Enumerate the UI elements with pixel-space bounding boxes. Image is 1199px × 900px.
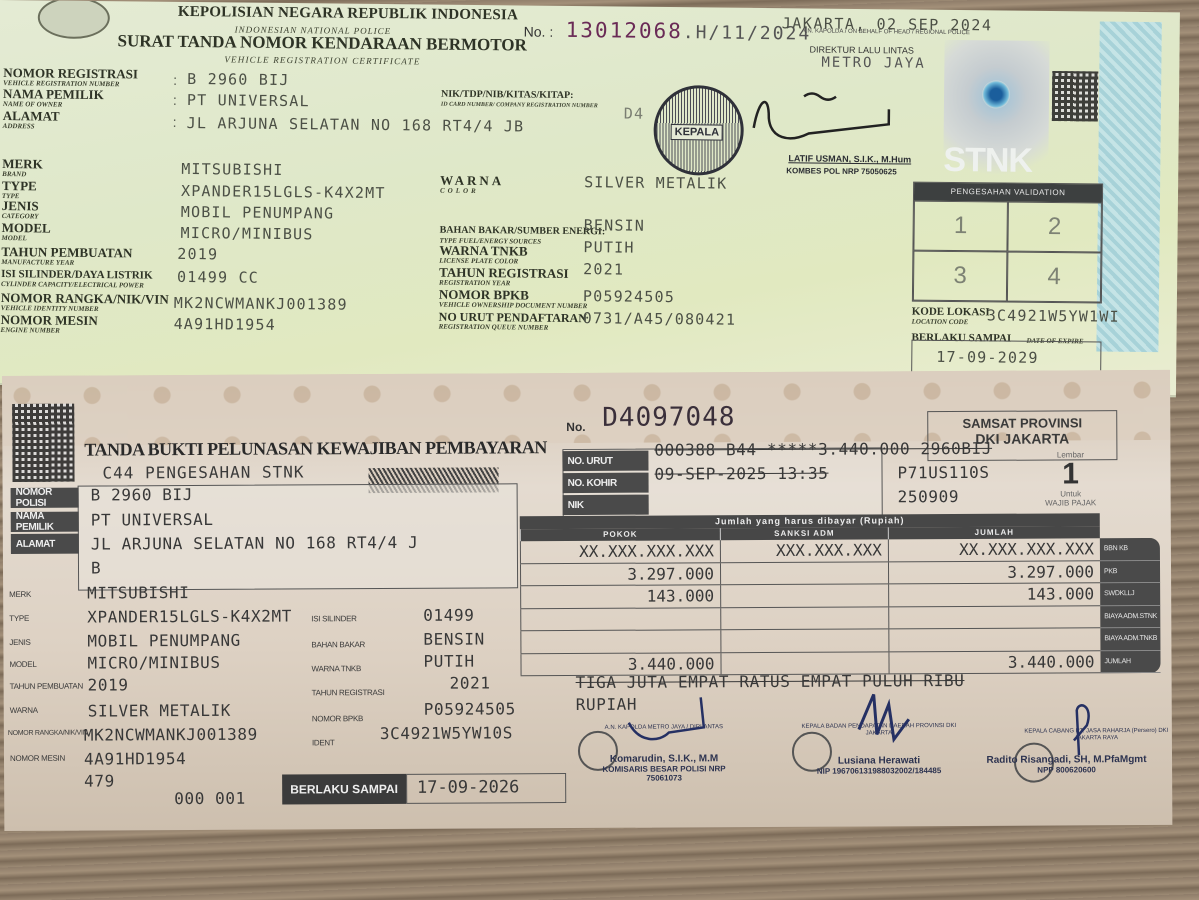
samsat-line1: SAMSAT PROVINSI: [928, 415, 1116, 431]
location-code-label: KODE LOKASILOCATION CODE: [912, 306, 990, 327]
copy-badge: Lembar 1 Untuk WAJIB PAJAK: [1035, 450, 1105, 520]
field-label: WARNACOLOR: [440, 175, 504, 196]
receipt-subtitle: C44 PENGESAHAN STNK: [102, 462, 304, 482]
brand-value: MITSUBISHI: [87, 583, 189, 603]
field-label: TAHUN REGISTRASIREGISTRATION YEAR: [439, 267, 569, 288]
validation-grid: PENGESAHAN VALIDATION 1 2 3 4: [912, 182, 1103, 304]
on-behalf-caption: A.N. KAPOLDA / ON BEHALF OF HEAD / REGIO…: [802, 28, 970, 37]
receipt-expiry: BERLAKU SAMPAI 17-09-2026: [282, 773, 566, 804]
payment-cell-sanksi: XXX.XXX.XXX: [720, 539, 888, 561]
vin-value: MK2NCWMANKJ001389: [84, 725, 258, 745]
address-value: JL ARJUNA SELATAN NO 168 RT4/4 J: [91, 533, 419, 554]
payment-cell-sanksi: [720, 562, 888, 584]
field-label: MERKBRAND: [2, 158, 43, 178]
vin-value: MK2NCWMANKJ001389: [174, 294, 348, 314]
brand-value: MITSUBISHI: [181, 160, 283, 179]
payment-row: 3.297.0003.297.000: [520, 561, 1100, 587]
registration-year-value: 2021: [450, 673, 491, 692]
signature-icon: [1059, 700, 1099, 760]
receipt-number: D4097048: [602, 402, 735, 433]
nik-value: D4: [624, 105, 645, 123]
signatory-id: NIP 196706131988032002/184485: [794, 766, 964, 776]
owner-name-value: PT UNIVERSAL: [91, 510, 214, 530]
payment-row-label: BIAYA ADM.STNK: [1100, 605, 1160, 628]
signature-icon: [748, 88, 894, 150]
nik-label: NIK/TDP/NIB/KITAS/KITAP:ID CARD NUMBER/ …: [441, 89, 598, 111]
payment-row-label: JUMLAH: [1100, 650, 1160, 673]
engine-number-value: 4A91HD1954: [84, 749, 186, 769]
hologram-eye-icon: [982, 80, 1010, 108]
type-value: XPANDER15LGLS-K4X2MT: [87, 606, 292, 626]
registration-number-value: B 2960 BIJ: [187, 70, 289, 89]
field-label: JENIS: [9, 638, 30, 647]
field-label: TAHUN REGISTRASI: [312, 688, 385, 697]
payment-row: [520, 628, 1100, 654]
stamp-text: KEPALA: [671, 124, 724, 141]
payment-row-label: BBN KB: [1100, 538, 1160, 561]
region-name: METRO JAYA: [821, 55, 925, 72]
validation-cell: 2: [1007, 202, 1102, 253]
cylinder-value: 01499 CC: [177, 268, 259, 287]
plate-color-value: PUTIH: [423, 652, 474, 671]
queue-number-value: 000388 B44 *****3.440.000 2960BIJ: [654, 439, 992, 460]
bpkb-number-value: P05924505: [424, 699, 516, 718]
field-label: ISI SILINDER/DAYA LISTRIKCYLINDER CAPACI…: [1, 268, 153, 290]
tax-payment-receipt: TANDA BUKTI PELUNASAN KEWAJIBAN PEMBAYAR…: [2, 370, 1172, 831]
owner-name-label: NAMA PEMILIK: [11, 512, 79, 532]
color-value: SILVER METALIK: [584, 173, 727, 192]
document-title: SURAT TANDA NOMOR KENDARAAN BERMOTOR: [117, 31, 526, 55]
queue-number-value: 0731/A45/080421: [583, 309, 737, 329]
payment-cell-pokok: [520, 630, 720, 653]
signatory-name: Lusiana Herawati: [794, 755, 964, 767]
kohir-number-value: 09-SEP-2025 13:35: [654, 464, 828, 484]
extra-code: P71US110S: [897, 463, 989, 482]
field-label: NOMOR RANGKA/NIK/VIN: [8, 730, 88, 737]
registration-year-value: 2021: [583, 260, 624, 278]
field-label: WARNA: [10, 706, 38, 715]
document-number: 13012068.H/11/2024: [566, 18, 812, 45]
address-value: JL ARJUNA SELATAN NO 168 RT4/4 JB: [187, 114, 525, 136]
payment-row-label: SWDKLLJ: [1100, 583, 1160, 606]
payment-row: 143.000143.000: [520, 583, 1100, 609]
field-label: WARNA TNKBLICENSE PLATE COLOR: [439, 245, 527, 266]
model-value: MICRO/MINIBUS: [87, 653, 220, 673]
nik-label: NIK: [563, 495, 649, 515]
field-label: BAHAN BAKAR: [311, 640, 365, 649]
fuel-value: BENSIN: [584, 216, 646, 235]
qr-code-icon: [1052, 71, 1099, 121]
field-label: MODELMODEL: [1, 222, 50, 243]
field-label: WARNA TNKB: [312, 664, 362, 673]
bpkb-number-value: P05924505: [583, 287, 675, 306]
signer-nrp: KOMBES POL NRP 75050625: [786, 166, 897, 176]
payment-cell-pokok: [520, 608, 720, 631]
plate-color-value: PUTIH: [583, 238, 634, 257]
institution-name: KEPOLISIAN NEGARA REPUBLIK INDONESIA: [178, 4, 518, 25]
plate-number-label: NOMOR POLISI: [11, 488, 79, 508]
payment-cell-sanksi: [720, 584, 888, 606]
payment-row: [520, 606, 1100, 632]
engine-number-value: 4A91HD1954: [174, 315, 276, 334]
queue-number-label: NO. URUT: [562, 451, 648, 471]
field-label: TAHUN PEMBUATANMANUFACTURE YEAR: [1, 246, 132, 267]
field-label: TYPE: [9, 614, 29, 623]
expiry-date-value: 17-09-2029: [936, 348, 1038, 367]
address-value-line2: B: [91, 558, 101, 577]
column-header: JUMLAH: [888, 526, 1100, 539]
plate-number-value: B 2960 BIJ: [91, 485, 193, 505]
signatory-id: NPP 800620600: [964, 765, 1169, 775]
hologram-seal-icon: STNK: [943, 40, 1049, 181]
payment-cell-jumlah: XX.XXX.XXX.XXX: [888, 538, 1100, 561]
validation-cell: 4: [1007, 252, 1102, 303]
manufacture-year-value: 2019: [88, 675, 129, 694]
payment-cell-sanksi: [720, 629, 888, 651]
payment-cell-jumlah: [888, 628, 1100, 651]
column-header: SANKSI ADM: [720, 527, 888, 540]
manufacture-year-value: 2019: [177, 245, 218, 263]
receipt-expiry-value: 17-09-2026: [406, 773, 566, 804]
signature-icon: [849, 689, 919, 749]
field-label: NOMOR BPKBVEHICLE OWNERSHIP DOCUMENT NUM…: [439, 289, 588, 311]
validation-cell: 1: [913, 201, 1008, 252]
field-label: IDENT: [312, 738, 335, 747]
signature-icon: [619, 692, 709, 752]
document-title-en: VEHICLE REGISTRATION CERTIFICATE: [224, 54, 420, 66]
cylinder-value: 01499: [423, 606, 474, 625]
footer-code: 000 001: [174, 789, 246, 808]
field-label: MERK: [9, 590, 31, 599]
payment-cell-jumlah: 3.297.000: [888, 561, 1100, 584]
field-label: NOMOR MESINENGINE NUMBER: [1, 314, 98, 335]
payment-row: XX.XXX.XXX.XXXXXX.XXX.XXXXX.XXX.XXX.XXX: [520, 538, 1100, 564]
type-value: XPANDER15LGLS-K4X2MT: [181, 182, 386, 202]
official-stamp: KEPALA: [653, 85, 744, 176]
payment-table: Jumlah yang harus dibayar (Rupiah) POKOK…: [520, 513, 1101, 676]
hologram-text: STNK: [943, 141, 1032, 181]
field-label: NOMOR BPKB: [312, 714, 363, 723]
security-strip: [1096, 22, 1161, 353]
payment-cell-pokok: 143.000: [520, 585, 720, 608]
payment-cell-pokok: 3.297.000: [520, 563, 720, 586]
payment-cell-jumlah: [888, 606, 1100, 629]
payment-cell-jumlah: 3.440.000: [888, 651, 1100, 674]
model-value: MICRO/MINIBUS: [180, 224, 313, 243]
address-label: ALAMAT: [11, 534, 79, 554]
field-label: MODEL: [9, 660, 36, 669]
signatory-name: Komarudin, S.I.K., M.M: [594, 753, 734, 765]
validation-title: PENGESAHAN VALIDATION: [914, 183, 1102, 203]
payment-cell-sanksi: [720, 607, 888, 629]
document-number-value: 13012068: [566, 18, 683, 43]
signatory-id: KOMISARIS BESAR POLISI NRP 75061073: [594, 764, 734, 783]
receipt-title: TANDA BUKTI PELUNASAN KEWAJIBAN PEMBAYAR…: [84, 437, 547, 460]
field-label: JENISCATEGORY: [2, 200, 39, 220]
field-label: ALAMATADDRESS: [3, 110, 60, 131]
document-number-label: No. :: [524, 23, 554, 39]
payment-row-labels: BBN KBPKBSWDKLLJBIAYA ADM.STNKBIAYA ADM.…: [1100, 538, 1161, 673]
field-label: NOMOR RANGKA/NIK/VINVEHICLE IDENTITY NUM…: [1, 292, 169, 314]
extra-code: 250909: [898, 487, 960, 506]
field-label: TAHUN PEMBUATAN: [10, 682, 83, 691]
receipt-qr-code-icon: [12, 404, 74, 482]
fuel-value: BENSIN: [423, 629, 485, 648]
footer-code: 479: [84, 771, 115, 790]
field-label: NOMOR REGISTRASIVEHICLE REGISTRATION NUM…: [3, 67, 138, 88]
receipt-number-label: No.: [566, 420, 585, 434]
payment-row-label: BIAYA ADM.TNKB: [1100, 628, 1160, 651]
stnk-vehicle-registration-certificate: KEPOLISIAN NEGARA REPUBLIK INDONESIA IND…: [0, 0, 1180, 397]
column-header: POKOK: [520, 528, 720, 541]
ident-value: 3C4921W5YW10S: [380, 723, 513, 743]
field-label: NOMOR MESIN: [10, 754, 65, 763]
payment-row-label: PKB: [1100, 560, 1160, 583]
signer-name: LATIF USMAN, S.I.K., M.Hum: [788, 153, 911, 164]
field-label: NAMA PEMILIKNAME OF OWNER: [3, 88, 104, 109]
kohir-number-label: NO. KOHIR: [563, 473, 649, 493]
category-value: MOBIL PENUMPANG: [87, 631, 241, 651]
field-label: ISI SILINDER: [311, 614, 356, 623]
payment-cell-pokok: XX.XXX.XXX.XXX: [520, 540, 720, 563]
validation-cell: 3: [913, 251, 1008, 302]
category-value: MOBIL PENUMPANG: [181, 203, 335, 223]
payment-cell-jumlah: 143.000: [888, 583, 1100, 606]
color-value: SILVER METALIK: [88, 701, 231, 721]
receipt-expiry-label: BERLAKU SAMPAI: [282, 774, 406, 805]
owner-name-value: PT UNIVERSAL: [187, 91, 310, 110]
police-emblem-icon: [38, 0, 110, 39]
location-code-value: 3C4921W5YW1WI: [987, 306, 1120, 325]
field-label: NO URUT PENDAFTARANREGISTRATION QUEUE NU…: [439, 311, 587, 333]
